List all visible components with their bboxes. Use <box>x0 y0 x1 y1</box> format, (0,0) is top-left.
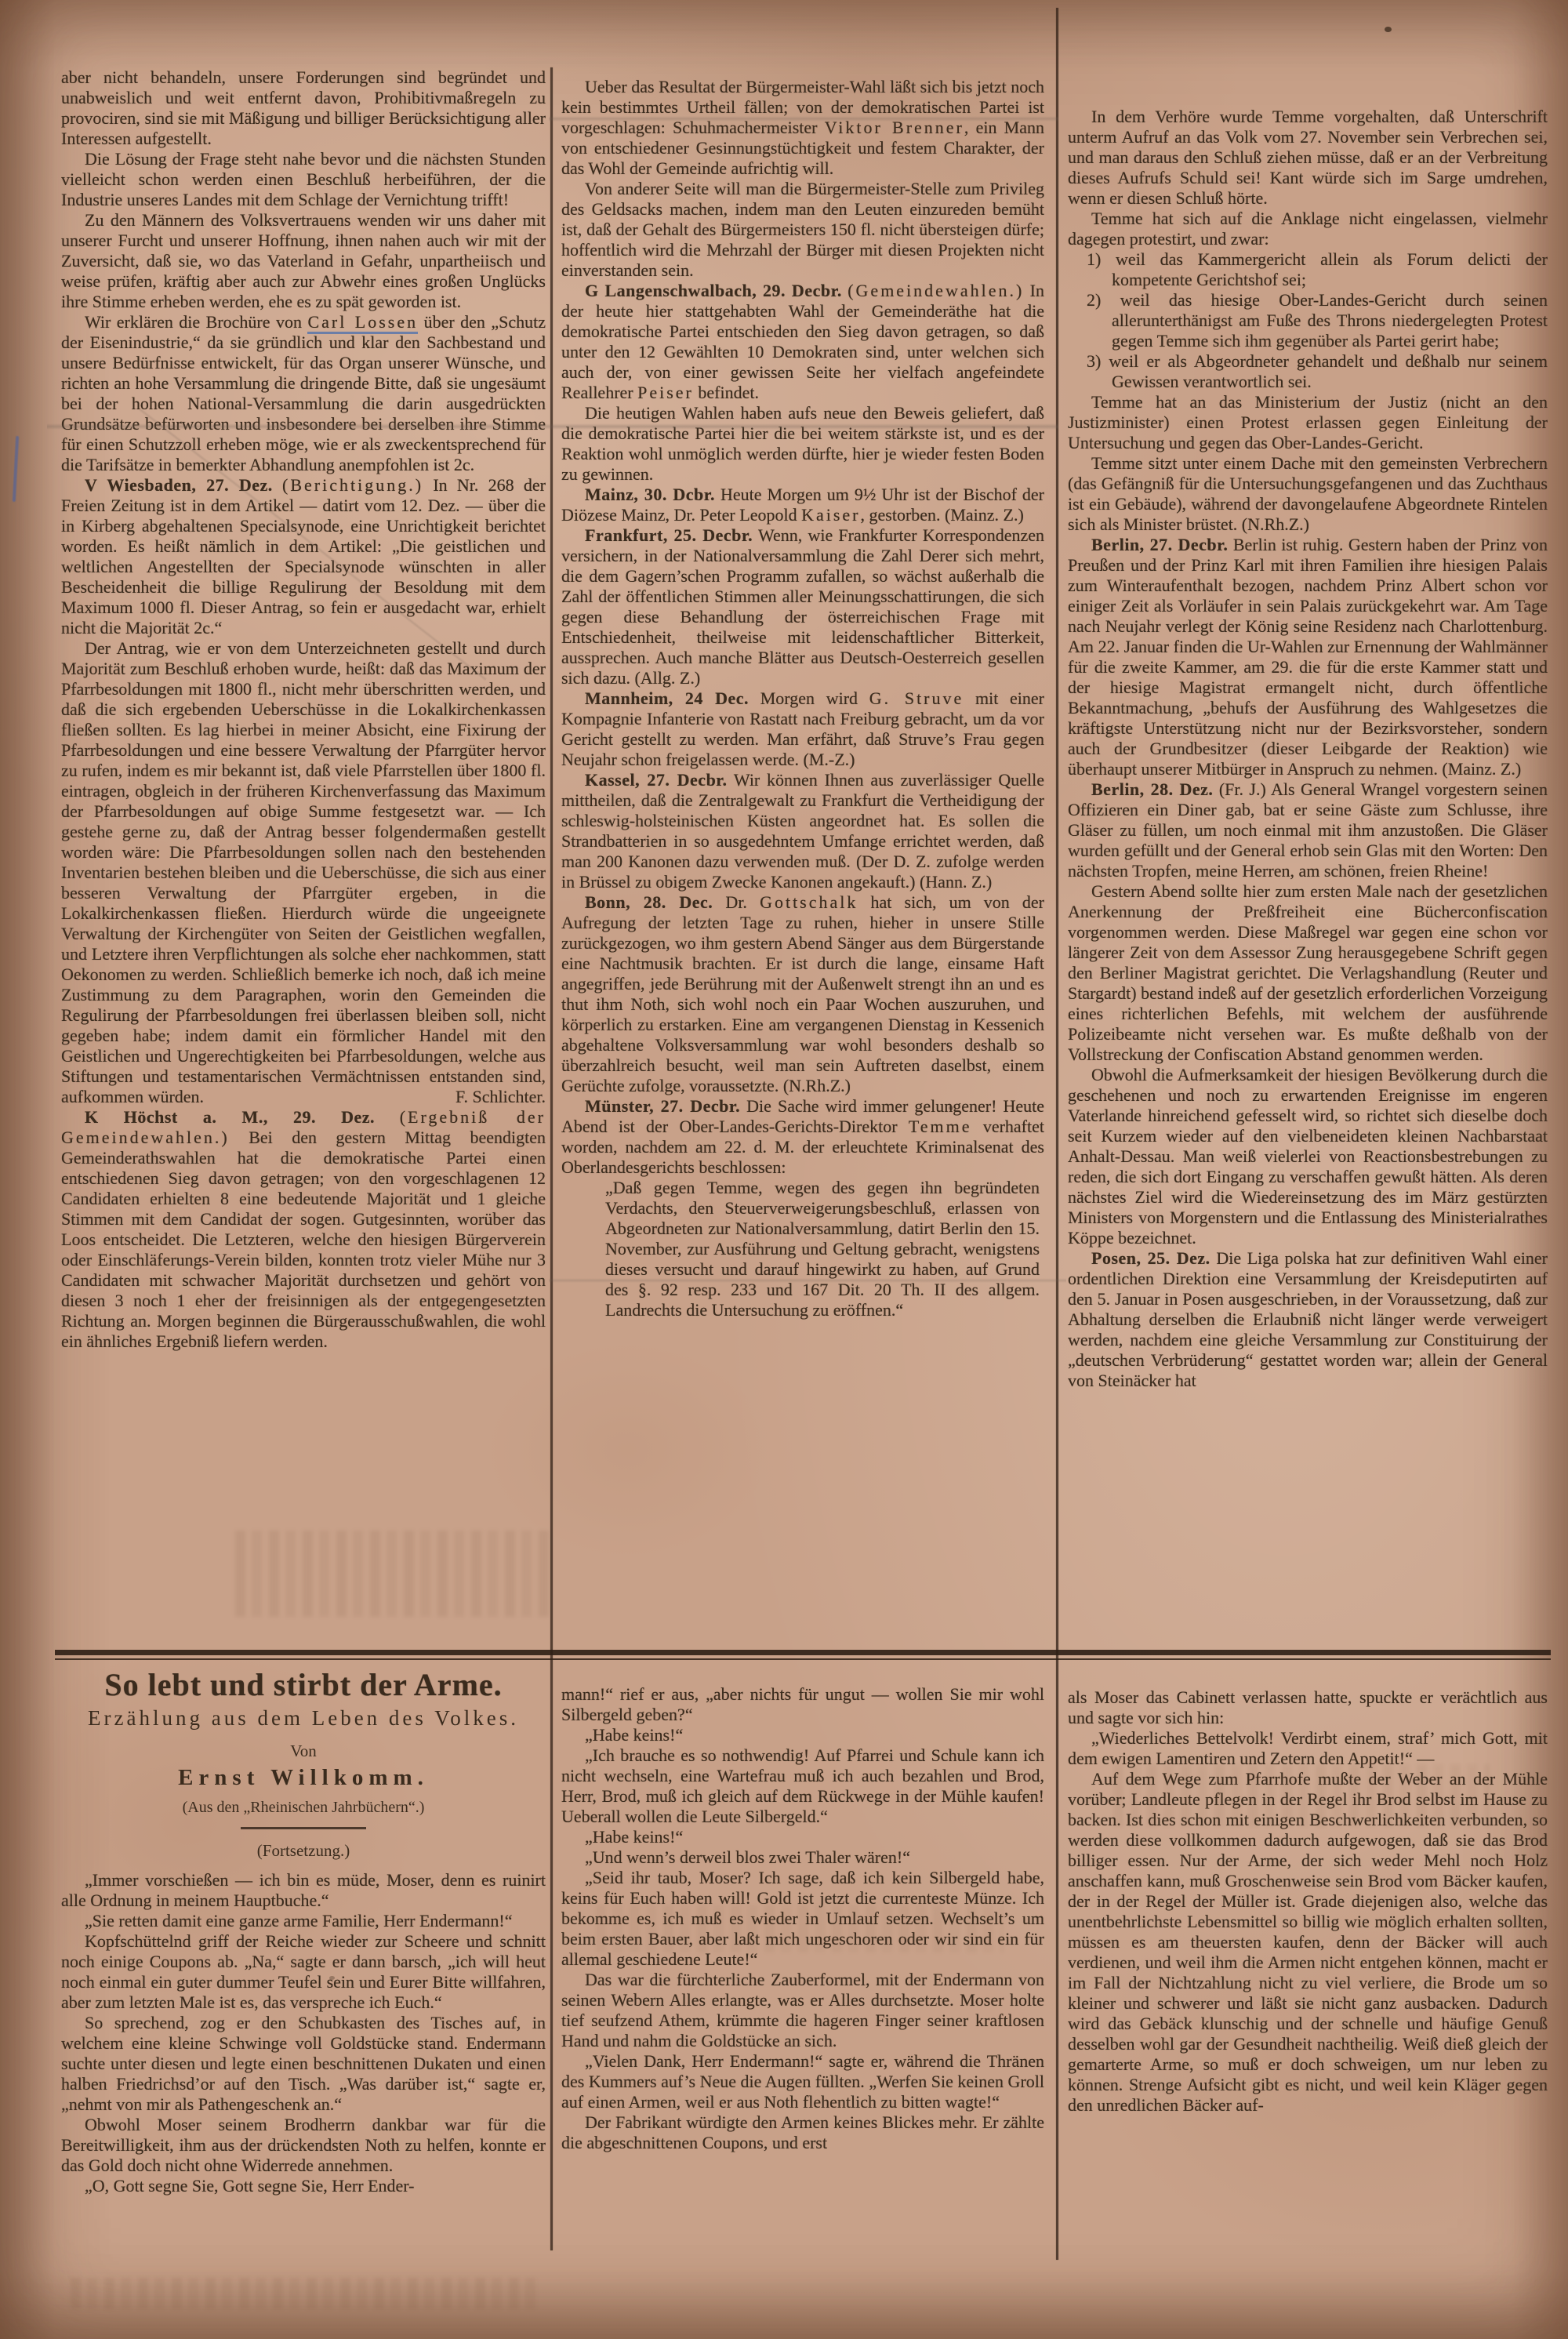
article-dateline: Posen, 25. Dez. <box>1091 1248 1210 1268</box>
article-paragraph: Gestern Abend sollte hier zum ersten Mal… <box>1068 881 1548 1065</box>
article-paragraph: Ueber das Resultat der Bürgermeister-Wah… <box>561 77 1044 179</box>
article-paragraph: Obwohl die Aufmerksamkeit der hiesigen B… <box>1068 1065 1548 1248</box>
article-paragraph: als Moser das Cabinett verlassen hatte, … <box>1068 1687 1548 1728</box>
feuilleton-continuation-note: (Fortsetzung.) <box>61 1840 546 1861</box>
article-paragraph: „Seid ihr taub, Moser? Ich sage, daß ich… <box>561 1868 1044 1970</box>
article-paragraph: So sprechend, zog er den Schubkasten des… <box>61 2013 546 2115</box>
article-paragraph: „Habe keins!“ <box>561 1725 1044 1745</box>
feuilleton-author: Ernst Willkomm. <box>61 1767 546 1788</box>
article-paragraph: „Daß gegen Temme, wegen des gegen ihn be… <box>605 1178 1040 1320</box>
article-paragraph: In dem Verhöre wurde Temme vorgehalten, … <box>1068 107 1548 209</box>
article-paragraph: aber nicht behandeln, unsere Forderungen… <box>61 67 546 149</box>
article-paragraph: Auf dem Wege zum Pfarrhofe mußte der Web… <box>1068 1769 1548 2116</box>
article-dateline: V Wiesbaden, 27. Dez. <box>85 475 273 495</box>
article-paragraph: Die heutigen Wahlen haben aufs neue den … <box>561 403 1044 485</box>
article-paragraph: „Immer vorschießen — ich bin es müde, Mo… <box>61 1870 546 1911</box>
article-paragraph: Obwohl Moser seinem Brodherrn dankbar wa… <box>61 2115 546 2176</box>
article-paragraph: „Ich brauche es so nothwendig! Auf Pfarr… <box>561 1745 1044 1827</box>
article-dateline: K Höchst a. M., 29. Dez. <box>85 1107 375 1127</box>
article-paragraph: „Und wenn’s derweil blos zwei Thaler wär… <box>561 1847 1044 1868</box>
feuilleton-header: So lebt und stirbt der Arme. Erzählung a… <box>61 1675 546 1861</box>
article-paragraph: „Sie retten damit eine ganze arme Famili… <box>61 1911 546 1931</box>
article-paragraph: 3) weil er als Abgeordneter gehandelt un… <box>1112 351 1548 392</box>
article-paragraph: Berlin, 27. Decbr. Berlin ist ruhig. Ges… <box>1068 535 1548 779</box>
article-paragraph: Wir erklären die Brochüre von Carl Losse… <box>61 312 546 475</box>
article-paragraph: Das war die fürchterliche Zauberformel, … <box>561 1970 1044 2051</box>
article-paragraph: mann!“ rief er aus, „aber nichts für ung… <box>561 1684 1044 1725</box>
article-paragraph: Temme hat an das Ministerium der Justiz … <box>1068 392 1548 453</box>
article-paragraph: K Höchst a. M., 29. Dez. (Ergebniß der G… <box>61 1107 546 1352</box>
news-column-3: In dem Verhöre wurde Temme vorgehalten, … <box>1068 107 1548 1645</box>
feuilleton-column-3: als Moser das Cabinett verlassen hatte, … <box>1068 1687 1548 2274</box>
article-dateline: G Langenschwalbach, 29. Decbr. <box>585 281 842 300</box>
article-paragraph: Mannheim, 24 Dec. Morgen wird G. Struve … <box>561 688 1044 770</box>
article-paragraph: „Vielen Dank, Herr Endermann!“ sagte er,… <box>561 2051 1044 2112</box>
feuilleton-column-2: mann!“ rief er aus, „aber nichts für ung… <box>561 1684 1044 2263</box>
article-paragraph: „Wiederliches Bettelvolk! Verdirbt einem… <box>1068 1728 1548 1769</box>
article-dateline: Münster, 27. Decbr. <box>585 1096 740 1116</box>
article-paragraph: „O, Gott segne Sie, Gott segne Sie, Herr… <box>61 2176 546 2196</box>
article-dateline: Berlin, 27. Decbr. <box>1091 535 1228 554</box>
newspaper-page-scan: aber nicht behandeln, unsere Forderungen… <box>0 0 1568 2339</box>
feuilleton-subtitle: Erzählung aus dem Leben des Volkes. <box>61 1708 546 1728</box>
article-paragraph: Der Antrag, wie er von dem Unterzeichnet… <box>61 638 546 1107</box>
feuilleton-source-note: (Aus den „Rheinischen Jahrbüchern“.) <box>61 1797 546 1818</box>
section-divider-rule <box>55 1650 1551 1662</box>
news-column-1: aber nicht behandeln, unsere Forderungen… <box>61 67 546 1629</box>
article-signature: F. Schlichter. <box>416 1087 546 1107</box>
print-bleedthrough <box>71 2278 541 2309</box>
news-column-2: Ueber das Resultat der Bürgermeister-Wah… <box>561 77 1044 1645</box>
margin-pen-mark <box>13 436 19 502</box>
article-paragraph: 1) weil das Kammergericht allein als For… <box>1112 249 1548 290</box>
article-paragraph: Münster, 27. Decbr. Die Sache wird immer… <box>561 1096 1044 1178</box>
article-paragraph: Posen, 25. Dez. Die Liga polska hat zur … <box>1068 1248 1548 1391</box>
feuilleton-story-column-1: „Immer vorschießen — ich bin es müde, Mo… <box>61 1870 546 2196</box>
column-rule-left <box>550 67 553 2250</box>
article-paragraph: Temme sitzt unter einem Dache mit den ge… <box>1068 453 1548 535</box>
article-paragraph: Der Fabrikant würdigte den Armen keines … <box>561 2112 1044 2153</box>
feuilleton-byline-label: Von <box>61 1741 546 1761</box>
article-paragraph: Die Lösung der Frage steht nahe bevor un… <box>61 149 546 210</box>
feuilleton-title: So lebt und stirbt der Arme. <box>61 1675 546 1695</box>
article-paragraph: Frankfurt, 25. Decbr. Wenn, wie Frankfur… <box>561 525 1044 688</box>
article-paragraph: „Habe keins!“ <box>561 1827 1044 1847</box>
article-paragraph: Von anderer Seite will man die Bürgermei… <box>561 179 1044 281</box>
feuilleton-ornament-rule <box>241 1827 366 1829</box>
article-paragraph: Zu den Männern des Volksvertrauens wende… <box>61 210 546 312</box>
article-dateline: Kassel, 27. Decbr. <box>585 770 728 790</box>
article-paragraph: Kopfschüttelnd griff der Reiche wieder z… <box>61 1931 546 2013</box>
pen-underlined-name: Carl Lossen <box>307 312 418 334</box>
article-paragraph: V Wiesbaden, 27. Dez. (Berichtigung.) In… <box>61 475 546 638</box>
article-dateline: Mannheim, 24 Dec. <box>585 688 749 708</box>
column-rule-right <box>1056 8 1058 2260</box>
article-dateline: Bonn, 28. Dec. <box>585 892 713 912</box>
ink-speck <box>949 1106 953 1110</box>
article-paragraph: Kassel, 27. Decbr. Wir können Ihnen aus … <box>561 770 1044 892</box>
article-paragraph: G Langenschwalbach, 29. Decbr. (Gemeinde… <box>561 281 1044 403</box>
article-paragraph: Bonn, 28. Dec. Dr. Gottschalk hat sich, … <box>561 892 1044 1096</box>
article-dateline: Mainz, 30. Dcbr. <box>585 485 715 504</box>
ink-speck <box>1385 27 1392 32</box>
article-paragraph: Temme hat sich auf die Anklage nicht ein… <box>1068 209 1548 249</box>
article-dateline: Berlin, 28. Dez. <box>1091 779 1213 799</box>
article-paragraph: 2) weil das hiesige Ober-Landes-Gericht … <box>1112 290 1548 351</box>
article-paragraph: Mainz, 30. Dcbr. Heute Morgen um 9½ Uhr … <box>561 485 1044 525</box>
feuilleton-column-1: So lebt und stirbt der Arme. Erzählung a… <box>61 1673 546 2257</box>
article-paragraph: Berlin, 28. Dez. (Fr. J.) Als General Wr… <box>1068 779 1548 881</box>
ink-speck <box>329 1976 335 1980</box>
article-dateline: Frankfurt, 25. Decbr. <box>585 525 753 545</box>
